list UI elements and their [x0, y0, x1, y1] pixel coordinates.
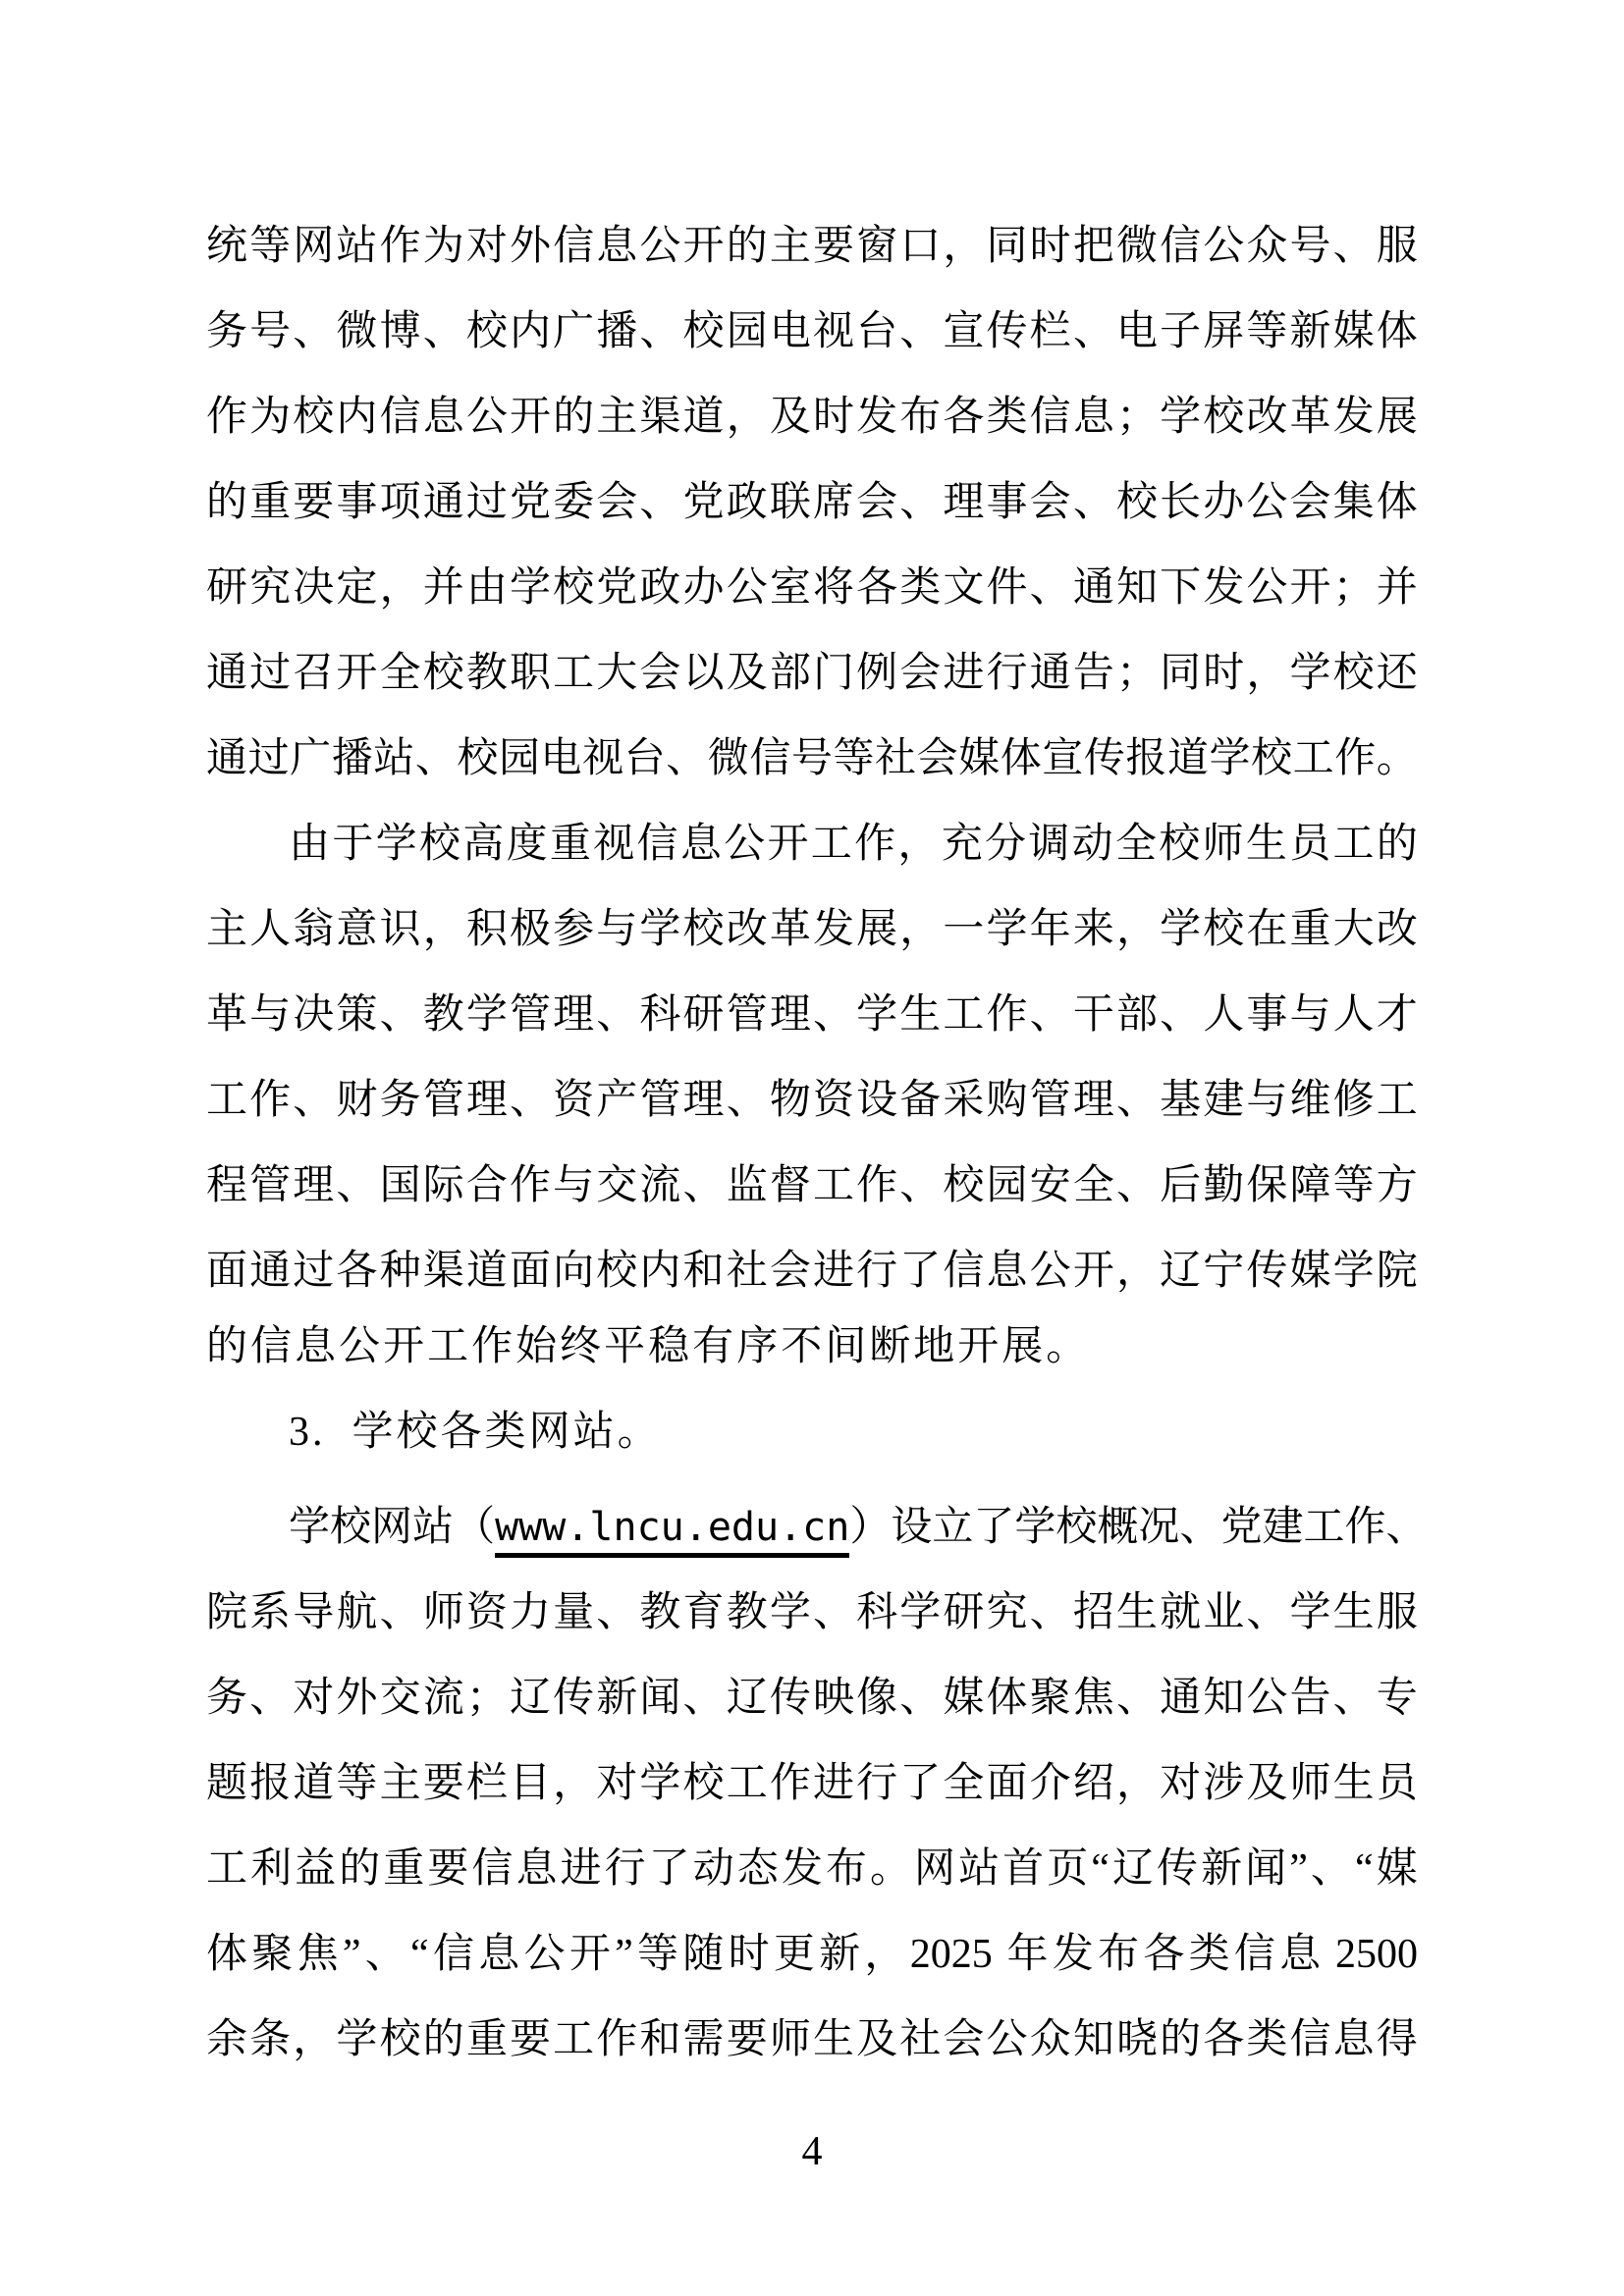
text-run: ， — [1116, 1238, 1158, 1297]
text-run: 得 — [1377, 2006, 1418, 2065]
text-run: 务 — [206, 1665, 247, 1724]
text-run: ” — [615, 1931, 633, 1978]
text-run: 学 — [1160, 384, 1201, 443]
text-run: 参 — [553, 896, 594, 955]
text-run: 作 — [856, 1152, 897, 1211]
text-run: 公 — [1246, 1665, 1287, 1724]
text-run: 宁 — [1203, 1238, 1244, 1297]
text-run: 地 — [913, 1324, 957, 1369]
text-run: ， — [899, 896, 941, 955]
text-run: 作 — [770, 1750, 811, 1809]
text-run: 由 — [466, 555, 508, 614]
text-run: 部 — [1116, 982, 1158, 1041]
text-run: 决 — [293, 555, 334, 614]
text-run: 积 — [466, 896, 508, 955]
text-run: ” — [1289, 1845, 1308, 1893]
text-line: 余条，学校的重要工作和需要师生及社会公众知晓的各类信息得 — [206, 1988, 1418, 2073]
text-line: 3. 学校各类网站。 — [206, 1390, 1418, 1475]
text-run: 年 — [1006, 1921, 1048, 1980]
text-run: 台 — [624, 725, 666, 784]
text-run: 学 — [376, 811, 417, 870]
text-run: 工 — [206, 1067, 247, 1126]
text-run: 息 — [596, 213, 637, 272]
text-run: 类 — [987, 384, 1028, 443]
text-run: 安 — [1030, 1152, 1071, 1211]
text-run: 、 — [1116, 1067, 1158, 1126]
text-run: 辽 — [1160, 1238, 1201, 1297]
text-run: 息 — [1333, 2006, 1375, 2065]
text-run: 利 — [250, 1836, 292, 1895]
text-run: 教 — [423, 982, 464, 1041]
text-run: 和 — [683, 1238, 725, 1297]
text-run: 信 — [749, 725, 790, 784]
text-run: 分 — [985, 811, 1026, 870]
text-run: 主 — [770, 213, 811, 272]
text-run: 理 — [683, 1067, 725, 1126]
text-run: 、 — [639, 298, 680, 357]
text-run: 博 — [380, 298, 421, 357]
text-run: 生 — [813, 2006, 854, 2065]
text-run: 于 — [332, 811, 373, 870]
text-run: 信 — [553, 213, 594, 272]
text-run: 理 — [466, 1067, 508, 1126]
text-run: 发 — [1333, 384, 1375, 443]
text-run: 工 — [1377, 1067, 1418, 1126]
text-run: 了 — [973, 1494, 1014, 1553]
text-run: 国 — [380, 1152, 421, 1211]
text-run: 展 — [1001, 1324, 1046, 1369]
text-run: 后 — [1160, 1152, 1201, 1211]
text-run: 一 — [943, 896, 984, 955]
text-run: 网 — [914, 1836, 955, 1895]
text-run: 学 — [1210, 725, 1251, 784]
text-run: 在 — [1246, 896, 1287, 955]
text-run: 过 — [248, 725, 290, 784]
text-run: 流 — [639, 1152, 680, 1211]
text-run: 会 — [596, 469, 637, 528]
text-run: 全 — [380, 640, 421, 699]
text-run: 时 — [729, 1921, 770, 1980]
text-run: 党 — [596, 555, 637, 614]
text-run: 资 — [466, 1579, 508, 1638]
text-run: ， — [943, 213, 984, 272]
text-run: 要 — [727, 2006, 768, 2065]
text-run: 的 — [553, 384, 594, 443]
text-run: 宣 — [1042, 725, 1083, 784]
text-run: 校 — [596, 1238, 637, 1297]
text-run: 席 — [813, 469, 854, 528]
text-run: 作 — [380, 213, 421, 272]
text-run: 学 — [289, 1494, 330, 1553]
text-run: 时 — [813, 384, 854, 443]
text-run: 统 — [206, 213, 247, 272]
text-run: 向 — [553, 1238, 594, 1297]
text-run: 大 — [1333, 896, 1375, 955]
text-run: 大 — [596, 640, 637, 699]
text-run: 媒 — [1290, 1238, 1331, 1297]
text-run: 要 — [293, 469, 334, 528]
text-run: 采 — [943, 1067, 984, 1126]
text-run: 作 — [206, 384, 247, 443]
text-run: 视 — [582, 725, 623, 784]
text-run: 。 — [870, 1836, 911, 1895]
text-run: 研 — [683, 982, 725, 1041]
text-run: 电 — [770, 298, 811, 357]
text-run: 对 — [466, 213, 508, 272]
text-run: 学 — [466, 982, 508, 1041]
text-run: 及 — [770, 384, 811, 443]
text-run: 息 — [295, 1324, 339, 1369]
text-run: 面 — [206, 1238, 247, 1297]
text-run: 通 — [206, 640, 247, 699]
text-run: 师 — [1203, 811, 1244, 870]
text-run: 、 — [899, 298, 941, 357]
text-run: 资 — [553, 1067, 594, 1126]
text-run: 重 — [466, 2006, 508, 2065]
text-run: 公 — [524, 1921, 566, 1980]
text-run: 部 — [770, 640, 811, 699]
text-line: 研究决定，并由学校党政办公室将各类文件、通知下发公开；并 — [206, 536, 1418, 621]
text-run: 交 — [596, 1152, 637, 1211]
text-run: 员 — [1377, 1750, 1418, 1809]
text-run: 发 — [813, 896, 854, 955]
text-run: 网 — [293, 213, 334, 272]
text-run: 育 — [683, 1579, 725, 1638]
text-run: 学 — [352, 1410, 397, 1455]
text-run: 校 — [1333, 640, 1375, 699]
text-run: 体 — [1377, 469, 1418, 528]
text-run: 息 — [1073, 384, 1114, 443]
text-run: 度 — [507, 811, 548, 870]
text-run: 进 — [561, 1836, 602, 1895]
text-run: 知 — [1203, 1665, 1244, 1724]
text-run: 媒 — [943, 1665, 984, 1724]
text-run: 委 — [553, 469, 594, 528]
text-run: 公 — [639, 213, 680, 272]
text-run: 告 — [1073, 640, 1114, 699]
url-link[interactable]: www.lncu.edu.cn — [495, 1505, 849, 1558]
text-run: 、 — [336, 1152, 377, 1211]
text-run: 知 — [1116, 555, 1158, 614]
text-run: 建 — [1262, 1494, 1303, 1553]
text-run: 传 — [770, 1665, 811, 1724]
text-run: 还 — [1377, 640, 1418, 699]
text-run: 公 — [1030, 1238, 1071, 1297]
text-run: 的 — [1377, 811, 1418, 870]
text-run: 息 — [680, 811, 722, 870]
text-run: 等 — [833, 725, 874, 784]
text-run: 、 — [1030, 982, 1071, 1041]
text-run: 余 — [206, 2006, 247, 2065]
text-run: 社 — [899, 2006, 941, 2065]
text-run: 种 — [380, 1238, 421, 1297]
text-run: 园 — [727, 298, 768, 357]
text-run: 新 — [596, 1665, 637, 1724]
text-run: 学 — [639, 896, 680, 955]
text-run: 信 — [380, 384, 421, 443]
text-run: 始 — [515, 1324, 560, 1369]
text-run: 极 — [510, 896, 551, 955]
text-run: 众 — [1030, 2006, 1071, 2065]
text-run: 校 — [293, 384, 334, 443]
text-run: 口 — [899, 213, 941, 272]
text-run: 信 — [250, 1324, 295, 1369]
text-run: 对 — [293, 1665, 334, 1724]
text-run: 作 — [510, 1152, 551, 1211]
text-run: 作 — [987, 982, 1028, 1041]
text-run: 及 — [1246, 1750, 1287, 1809]
text-run: 学 — [1014, 1494, 1056, 1553]
text-run: ， — [897, 811, 939, 870]
text-run: 重 — [249, 469, 291, 528]
text-run: 对 — [1160, 1750, 1201, 1809]
text-run: 绍 — [1073, 1750, 1114, 1809]
text-run: 的 — [206, 1324, 250, 1369]
text-run: 信 — [471, 1836, 513, 1895]
text-run: 校 — [683, 298, 725, 357]
text-run: 道 — [1167, 725, 1209, 784]
text-run: 究 — [249, 555, 291, 614]
text-run: 宣 — [943, 298, 984, 357]
text-run: 布 — [826, 1836, 867, 1895]
text-run: 校 — [423, 640, 464, 699]
text-run: 发 — [856, 384, 897, 443]
text-run: 条 — [249, 2006, 291, 2065]
text-run: 、 — [813, 1579, 854, 1638]
text-run: 各 — [1143, 1921, 1184, 1980]
text-run: 勤 — [1203, 1152, 1244, 1211]
text-run: 的 — [206, 469, 247, 528]
text-run: 终 — [560, 1324, 604, 1369]
text-run: 站 — [412, 1494, 454, 1553]
text-run: 为 — [423, 213, 464, 272]
text-run: 流 — [423, 1665, 464, 1724]
text-run: 全 — [1115, 811, 1157, 870]
text-run: 。 — [1046, 1324, 1090, 1369]
text-run: 视 — [593, 811, 634, 870]
text-run: 长 — [1160, 469, 1201, 528]
text-run: ） — [849, 1494, 891, 1553]
text-run: 稳 — [648, 1324, 692, 1369]
text-run: 布 — [899, 384, 941, 443]
text-run: 及 — [727, 640, 768, 699]
text-run: 主 — [596, 384, 637, 443]
text-run: ； — [466, 1665, 508, 1724]
text-run: 过 — [293, 1238, 334, 1297]
text-run: 信 — [637, 811, 678, 870]
text-run: 子 — [1160, 298, 1201, 357]
text-run: 首 — [1002, 1836, 1044, 1895]
text-run: 页 — [1047, 1836, 1088, 1895]
text-run: 开 — [510, 384, 551, 443]
text-run: 动 — [693, 1836, 734, 1895]
text-run: 园 — [499, 725, 540, 784]
text-run: 资 — [813, 1067, 854, 1126]
text-run: 各 — [1203, 2006, 1244, 2065]
text-run: 微 — [336, 298, 377, 357]
text-run: 开 — [383, 1324, 427, 1369]
text-run: 联 — [770, 469, 811, 528]
text-run: 生 — [899, 982, 941, 1041]
text-run: 新 — [1290, 298, 1331, 357]
text-run: 作 — [596, 2006, 637, 2065]
text-run: 就 — [1160, 1579, 1201, 1638]
text-run: 基 — [1160, 1067, 1201, 1126]
text-run: 的 — [727, 213, 768, 272]
text-run: 教 — [727, 1579, 768, 1638]
text-run: 公 — [1246, 469, 1287, 528]
text-run: 理 — [293, 1152, 334, 1211]
text-line: 的重要事项通过党委会、党政联席会、理事会、校长办公会集体 — [206, 451, 1418, 536]
text-run: 障 — [1290, 1152, 1331, 1211]
text-run: 告 — [1290, 1665, 1331, 1724]
text-run: 职 — [510, 640, 551, 699]
text-run: 务 — [380, 1067, 421, 1126]
text-run: 台 — [856, 298, 897, 357]
text-run: 来 — [1073, 896, 1114, 955]
text-run: 学 — [1160, 896, 1201, 955]
text-run: 将 — [813, 555, 854, 614]
text-run: 信 — [1030, 384, 1071, 443]
text-run: 息 — [423, 384, 464, 443]
text-run: 合 — [466, 1152, 508, 1211]
text-run: 策 — [336, 982, 377, 1041]
text-run: 等 — [336, 1750, 377, 1809]
text-run: 保 — [1246, 1152, 1287, 1211]
text-run: 开 — [1290, 555, 1331, 614]
text-run: 社 — [875, 725, 916, 784]
text-run: 监 — [727, 1152, 768, 1211]
text-run: 微 — [708, 725, 749, 784]
text-run: 渠 — [423, 1238, 464, 1297]
text-run: 、 — [899, 469, 941, 528]
text-run: 新 — [1201, 1836, 1242, 1895]
text-run: 力 — [510, 1579, 551, 1638]
text-run: ， — [727, 384, 768, 443]
text-run: 序 — [736, 1324, 781, 1369]
text-run: 行 — [605, 1836, 646, 1895]
text-run: 会 — [943, 2006, 984, 2065]
text-run: 类 — [899, 555, 941, 614]
text-run: 生 — [1246, 811, 1287, 870]
text-run: 理 — [943, 469, 984, 528]
page-number: 4 — [0, 2124, 1624, 2179]
text-run: 下 — [1160, 555, 1201, 614]
text-run: 主 — [380, 1750, 421, 1809]
text-run: 并 — [423, 555, 464, 614]
text-run: 。 — [1377, 725, 1418, 784]
text-run: 、 — [293, 298, 334, 357]
text-run: 通 — [206, 725, 247, 784]
text-run: 通 — [1160, 1665, 1201, 1724]
text-run: 辽 — [510, 1665, 551, 1724]
text-run: 全 — [943, 1750, 984, 1809]
text-run: 学 — [510, 555, 551, 614]
text-run: 等 — [1246, 298, 1287, 357]
text-run: 管 — [249, 1152, 291, 1211]
text-run: 平 — [604, 1324, 648, 1369]
text-run: 校 — [466, 298, 508, 357]
text-run: 意 — [336, 896, 377, 955]
text-run: 教 — [639, 1579, 680, 1638]
text-run: 更 — [774, 1921, 815, 1980]
text-run: 交 — [380, 1665, 421, 1724]
text-run: 等 — [1333, 1152, 1375, 1211]
text-run: 、 — [1116, 1152, 1158, 1211]
text-run: 像 — [856, 1665, 897, 1724]
text-run: 各 — [856, 555, 897, 614]
text-run: 办 — [1203, 469, 1244, 528]
text-run: 各 — [441, 1410, 485, 1455]
text-run: 园 — [987, 1152, 1028, 1211]
text-run: 、 — [596, 1579, 637, 1638]
text-run: 开 — [336, 640, 377, 699]
text-run: 要 — [427, 1836, 468, 1895]
text-run: 事 — [987, 469, 1028, 528]
text-run: 学 — [1333, 1238, 1375, 1297]
document-page: 统等网站作为对外信息公开的主要窗口，同时把微信公众号、服务号、微博、校内广播、校… — [0, 0, 1624, 2296]
text-run: 翁 — [293, 896, 334, 955]
text-run: 校 — [943, 1152, 984, 1211]
text-run: 公 — [339, 1324, 383, 1369]
text-run: 间 — [825, 1324, 869, 1369]
text-run: 行 — [856, 1238, 897, 1297]
text-run: ， — [553, 1750, 594, 1809]
text-run: 理 — [770, 982, 811, 1041]
text-run: 作 — [249, 1067, 291, 1126]
text-run: 及 — [856, 2006, 897, 2065]
text-run: 理 — [553, 982, 594, 1041]
text-run: 科 — [856, 1579, 897, 1638]
text-run: 传 — [1157, 1836, 1198, 1895]
text-run: 报 — [249, 1750, 291, 1809]
text-run: 同 — [987, 213, 1028, 272]
text-run: 研 — [206, 555, 247, 614]
text-run: 站 — [336, 213, 377, 272]
text-run: 、 — [293, 1067, 334, 1126]
text-run: 财 — [336, 1067, 377, 1126]
text-run: 门 — [813, 640, 854, 699]
text-run: 题 — [206, 1750, 247, 1809]
text-run: 管 — [423, 1067, 464, 1126]
text-run: 校 — [1251, 725, 1292, 784]
text-run: 生 — [1116, 1579, 1158, 1638]
text-run: 时 — [1203, 640, 1244, 699]
text-line: 面通过各种渠道面向校内和社会进行了信息公开，辽宁传媒学院 — [206, 1219, 1418, 1305]
text-run: 开 — [683, 213, 725, 272]
text-run: 传 — [987, 298, 1028, 357]
text-run: 重 — [1290, 896, 1331, 955]
text-run: 工 — [206, 1836, 247, 1895]
text-run: 。 — [618, 1410, 662, 1455]
text-run: 会 — [856, 469, 897, 528]
text-run: 介 — [1030, 1750, 1071, 1809]
text-run: 展 — [856, 896, 897, 955]
text-run: 传 — [1084, 725, 1125, 784]
text-run: 设 — [856, 1067, 897, 1126]
text-line: 统等网站作为对外信息公开的主要窗口，同时把微信公众号、服 — [206, 194, 1418, 280]
text-run: 聚 — [1030, 1665, 1071, 1724]
text-run: 公 — [727, 555, 768, 614]
text-run: 栏 — [1030, 298, 1071, 357]
text-run: 、 — [510, 1067, 551, 1126]
text-run: 、 — [899, 1152, 941, 1211]
text-run: 通 — [249, 1238, 291, 1297]
text-run: 程 — [206, 1152, 247, 1211]
text-run: 政 — [639, 555, 680, 614]
text-run: 会 — [1290, 469, 1331, 528]
text-run: “ — [1355, 1845, 1374, 1893]
